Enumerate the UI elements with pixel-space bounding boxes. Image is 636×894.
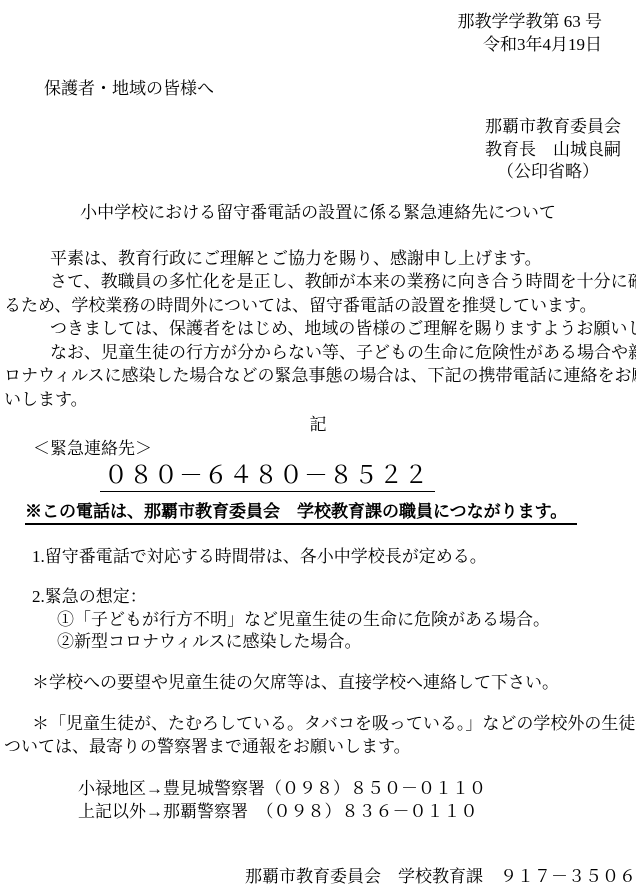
list-item-2: 2.緊急の想定： [0,586,636,609]
body-line: つきましては、保護者をはじめ、地域の皆様のご理解を賜りますようお願いします。 [4,317,633,341]
document-page: 那教学学教第 63 号 令和3年4月19日 保護者・地域の皆様へ 那覇市教育委員… [0,0,636,894]
phone-note-row: ※この電話は、那覇市教育委員会 学校教育課の職員につながります。 [0,501,636,525]
body-line: なお、児童生徒の行方が分からない等、子どもの生命に危険性がある場合や新型コ [4,341,633,365]
body-line: ロナウィルスに感染した場合などの緊急事態の場合は、下記の携帯電話に連絡をお願 [4,364,633,388]
ki-marker: 記 [0,415,636,435]
emergency-contact-label: ＜緊急連絡先＞ [0,438,636,459]
footer-contact: 那覇市教育委員会 学校教育課 ９１７－３５０６ [0,866,636,887]
remark-school-contact: ＊学校への要望や児童生徒の欠席等は、直接学校へ連絡して下さい。 [0,672,636,693]
phone-note: ※この電話は、那覇市教育委員会 学校教育課の職員につながります。 [25,501,577,525]
doc-number: 那教学学教第 63 号 [0,10,602,33]
emergency-phone-row: ０８０－６４８０－８５２２ [0,462,636,492]
seal-omission-note: （公印省略） [485,161,636,184]
police-contact-other: 上記以外→那覇警察署 （０９８）８３６－０１１０ [78,800,636,823]
list-item-1: 1.留守番電話で対応する時間帯は、各小中学校長が定める。 [0,546,636,567]
remark-police-line-2: ついては、最寄りの警察署まで通報をお願いします。 [0,735,636,758]
body-paragraphs: 平素は、教育行政にご理解とご協力を賜り、感謝申し上げます。 さて、教職員の多忙化… [0,247,636,412]
body-line: いします。 [4,388,633,412]
sender-block: 那覇市教育委員会 教育長 山城良嗣 （公印省略） [0,116,636,184]
body-line: 平素は、教育行政にご理解とご協力を賜り、感謝申し上げます。 [4,247,633,271]
police-contacts: 小禄地区→豊見城警察署（０９８）８５０－０１１０ 上記以外→那覇警察署 （０９８… [0,777,636,823]
document-title: 小中学校における留守番電話の設置に係る緊急連絡先について [0,202,636,223]
list-item-2-group: 2.緊急の想定： ①「子どもが行方不明」など児童生徒の生命に危険がある場合。 ②… [0,586,636,654]
remark-police-report: ＊「児童生徒が、たむろしている。タバコを吸っている。」などの学校外の生徒指導に … [0,712,636,758]
sender-org: 那覇市教育委員会 [485,116,636,139]
remark-police-line-1: ＊「児童生徒が、たむろしている。タバコを吸っている。」などの学校外の生徒指導に [0,712,636,735]
sender-title: 教育長 山城良嗣 [485,139,636,162]
body-line: さて、教職員の多忙化を是正し、教師が本来の業務に向き合う時間を十分に確保す [4,270,633,294]
recipient-line: 保護者・地域の皆様へ [0,78,636,99]
body-line: るため、学校業務の時間外については、留守番電話の設置を推奨しています。 [4,294,633,318]
emergency-phone-number: ０８０－６４８０－８５２２ [100,462,435,492]
issue-date: 令和3年4月19日 [0,33,602,56]
emergency-case-2: ②新型コロナウィルスに感染した場合。 [0,631,636,654]
police-contact-oroku: 小禄地区→豊見城警察署（０９８）８５０－０１１０ [78,777,636,800]
document-header: 那教学学教第 63 号 令和3年4月19日 [0,0,636,56]
emergency-case-1: ①「子どもが行方不明」など児童生徒の生命に危険がある場合。 [0,609,636,632]
